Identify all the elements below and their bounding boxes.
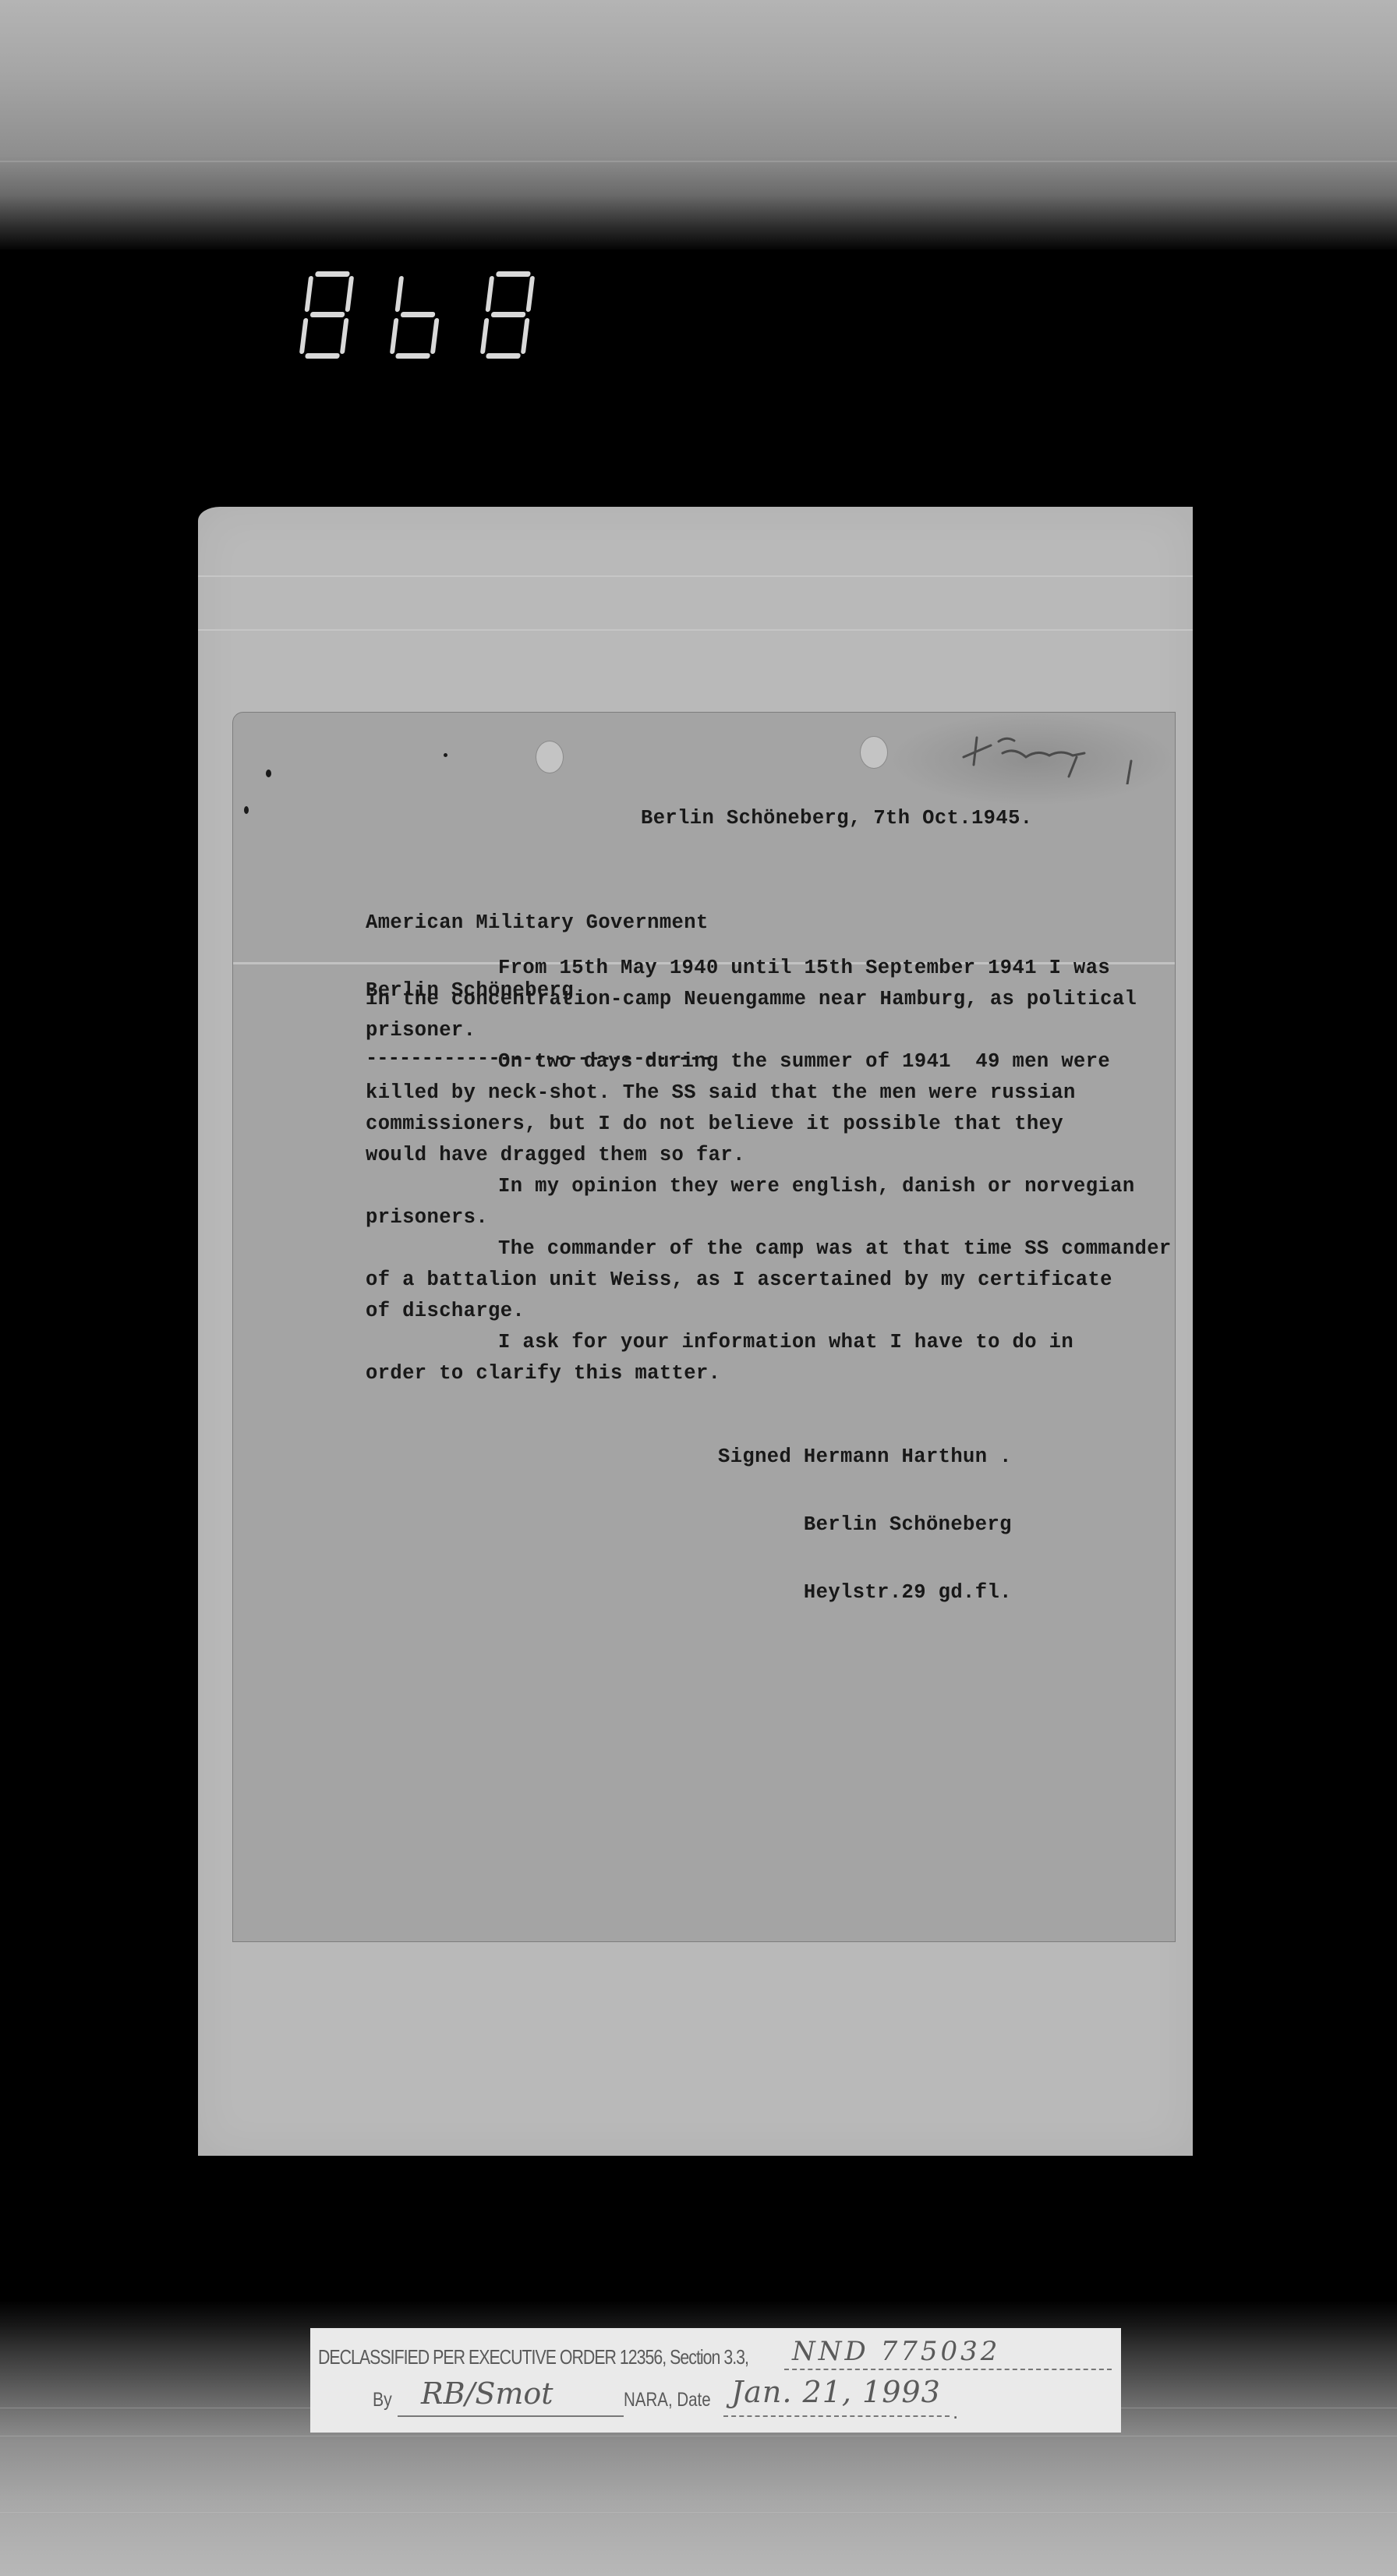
letter-body-line: killed by neck-shot. The SS said that th… [366,1077,1153,1109]
segment [395,353,430,359]
segment [299,318,309,354]
letter-body-line: prisoners. [366,1202,1153,1233]
punch-hole-left [536,741,564,773]
segment [401,312,436,317]
letter-body-line: order to clarify this matter. [366,1358,1153,1389]
addressee-line-1: American Military Government [366,911,711,934]
scan-line [0,2436,1397,2436]
letter-body-line: of discharge. [366,1296,1153,1327]
letter-body-line: commissioners, but I do not believe it p… [366,1109,1153,1140]
declassification-order-text: DECLASSIFIED PER EXECUTIVE ORDER 12356, … [318,2345,748,2369]
letter-body-line: would have dragged them so far. [366,1140,1153,1171]
by-underline [398,2415,624,2417]
letter-body-line: From 15th May 1940 until 15th September … [366,953,1153,984]
declassified-by-label: By [373,2389,392,2411]
declassification-authority: NND 775032 [792,2336,1000,2367]
frame-counter-digit [479,271,536,359]
trailing-period: . [953,2400,958,2424]
frame-counter [304,271,530,359]
film-top-band [0,0,1397,249]
scan-line [198,629,1193,631]
letter-body-line: I ask for your information what I have t… [366,1327,1153,1358]
pencil-annotation-scribble [960,730,1194,784]
signature-line-3: Heylstr.29 gd.fl. [718,1581,1012,1604]
punch-hole-right [860,736,888,769]
letter-page: Berlin Schöneberg, 7th Oct.1945. America… [232,712,1176,1942]
authority-underline [784,2369,1112,2370]
segment [315,271,350,277]
segment [345,276,354,312]
segment [496,271,531,277]
scan-line [0,2512,1397,2513]
letter-body-line: The commander of the camp was at that ti… [366,1233,1153,1265]
segment [304,276,313,312]
segment [486,353,521,359]
letter-signature: Signed Hermann Harthun . Berlin Schönebe… [718,1400,1012,1649]
signature-line-2: Berlin Schöneberg [718,1513,1012,1536]
letter-date-line: Berlin Schöneberg, 7th Oct.1945. [641,803,1032,834]
frame-counter-digit [389,271,445,359]
letter-body: From 15th May 1940 until 15th September … [366,953,1153,1389]
segment [390,318,399,354]
segment [491,312,526,317]
letter-body-line: In my opinion they were english, danish … [366,1171,1153,1202]
signature-line-1: Signed Hermann Harthun . [718,1445,1012,1468]
declassified-by-signature: RB/Smot [421,2376,553,2411]
scan-line [0,161,1397,162]
segment [521,318,530,354]
segment [480,318,490,354]
frame-counter-digit [299,271,355,359]
letter-body-line: On two days during the summer of 1941 49… [366,1046,1153,1077]
declassification-label: DECLASSIFIED PER EXECUTIVE ORDER 12356, … [310,2328,1121,2433]
segment [305,353,340,359]
segment [340,318,349,354]
declassification-date: Jan. 21, 1993 [731,2375,941,2409]
date-underline [723,2415,950,2417]
speck [244,806,249,814]
segment [394,276,404,312]
letter-body-line: of a battalion unit Weiss, as I ascertai… [366,1265,1153,1296]
segment [430,318,440,354]
segment [525,276,535,312]
letter-body-line: in the concentration-camp Neuengamme nea… [366,984,1153,1015]
segment [310,312,345,317]
segment [485,276,494,312]
scan-line [198,575,1193,577]
letter-body-line: prisoner. [366,1015,1153,1046]
speck [444,753,447,757]
speck [266,770,271,777]
nara-date-label: NARA, Date [624,2389,711,2411]
